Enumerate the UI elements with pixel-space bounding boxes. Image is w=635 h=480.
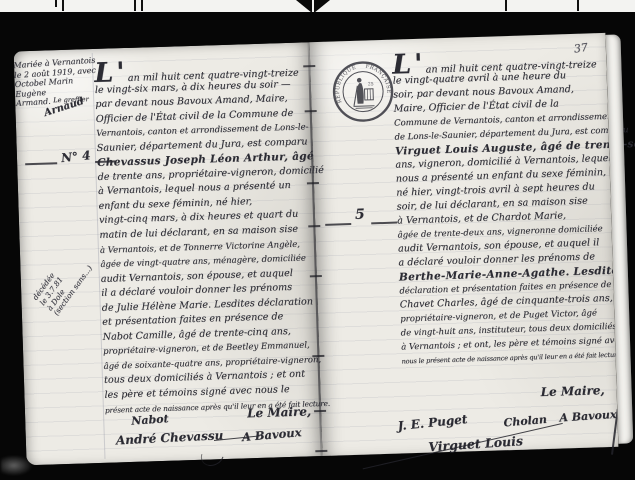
film-tick (55, 0, 57, 7)
stamp-value: 25 (368, 81, 374, 87)
right-act-body: L'an mil huit cent quatre-vingt-treize l… (392, 54, 614, 369)
scan-artifact-smudge (1, 455, 33, 476)
film-tick (134, 0, 136, 11)
act-number-right: 5 (355, 207, 365, 223)
left-act-body: L'an mil huit cent quatre-vingt-treize l… (94, 62, 319, 418)
film-frame-arrow-icon (314, 0, 330, 13)
film-tick (505, 0, 507, 11)
closing-le-maire-left: Le Maire, (247, 404, 311, 420)
film-frame-strip (0, 0, 635, 12)
page-number: 37 (573, 41, 589, 56)
closing-le-maire-right: Le Maire, (540, 383, 604, 399)
microfilm-scan: Mariée à Vernantois le 2 août 1919, avec… (0, 0, 635, 480)
signature-nabot: Nabot (131, 412, 169, 427)
film-tick (141, 0, 143, 11)
republique-francaise-stamp-icon: RÉPUBLIQUE FRANÇAISE 25 (330, 59, 396, 125)
film-tick (577, 0, 579, 11)
registry-book-spread: Mariée à Vernantois le 2 août 1919, avec… (8, 32, 633, 465)
act-number-left: N° 4 (60, 148, 91, 165)
film-frame-arrow-icon (296, 0, 312, 13)
film-tick (62, 0, 64, 11)
binding-stitch (315, 450, 327, 452)
